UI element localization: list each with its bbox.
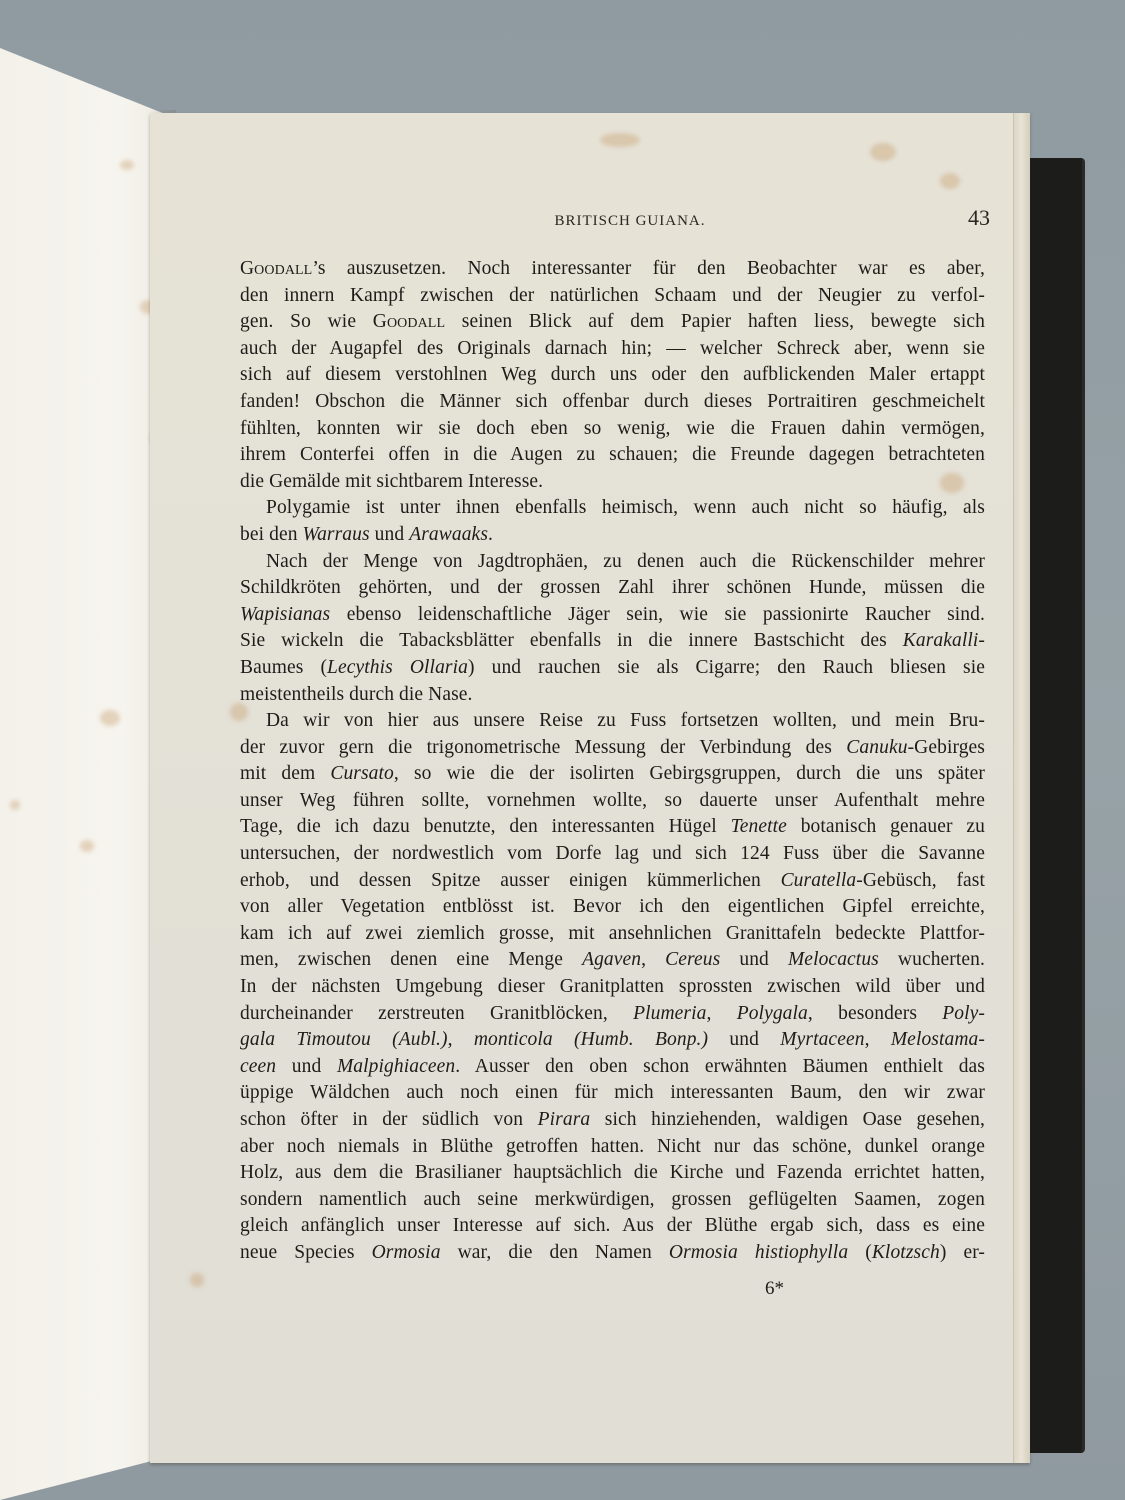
text-line: Baumes (Lecythis Ollaria) und rauchen si…: [240, 655, 985, 682]
text-segment: Da wir von hier aus unsere Reise zu Fuss…: [266, 710, 985, 731]
text-segment: seinen Blick auf dem Papier haften liess…: [445, 311, 985, 332]
text-segment: den innern Kampf zwischen der natürliche…: [240, 285, 985, 306]
text-segment: (: [848, 1242, 872, 1263]
text-line: üppige Wäldchen auch noch einen für mich…: [240, 1080, 985, 1107]
text-line: aber noch niemals in Blüthe getroffen ha…: [240, 1134, 985, 1161]
italic-term: Polygala: [737, 1003, 808, 1024]
italic-term: Tenette: [731, 816, 787, 837]
italic-term: Warraus: [303, 524, 370, 545]
text-segment: ebenso leidenschaftliche Jäger sein, wie…: [330, 604, 985, 625]
text-segment: und: [720, 949, 788, 970]
text-segment: In der nächsten Umgebung dieser Granitpl…: [240, 976, 985, 997]
text-segment: und: [370, 524, 410, 545]
italic-term: Canuku: [846, 737, 907, 758]
text-segment: untersuchen, der nordwestlich vom Dorfe …: [240, 843, 985, 864]
text-segment: und: [708, 1029, 780, 1050]
italic-term: Lecythis Ollaria: [327, 657, 468, 678]
italic-term: gala Timoutou (Aubl.): [240, 1029, 448, 1050]
text-segment: botanisch genauer zu: [787, 816, 985, 837]
text-segment: war, die den Namen: [441, 1242, 669, 1263]
text-segment: schon öfter in der südlich von: [240, 1109, 538, 1130]
text-segment: fanden! Obschon die Männer sich offenbar…: [240, 391, 985, 412]
italic-term: Melocactus: [788, 949, 879, 970]
text-segment: neue Species: [240, 1242, 372, 1263]
text-segment: ,: [448, 1029, 474, 1050]
text-segment: bei den: [240, 524, 303, 545]
text-segment: fühlten, konnten wir sie doch eben so we…: [240, 418, 985, 439]
text-segment: . Ausser den oben schon erwähnten Bäumen…: [455, 1056, 985, 1077]
text-segment: -Gebirges: [908, 737, 985, 758]
text-segment: gen. So wie: [240, 311, 373, 332]
body-text: Goodall’s auszusetzen. Noch interessante…: [240, 256, 985, 1267]
text-segment: Nach der Menge von Jagdtrophäen, zu dene…: [266, 551, 985, 572]
signature-mark: 6*: [765, 1278, 784, 1300]
text-line: bei den Warraus und Arawaaks.: [240, 522, 985, 549]
text-line: unser Weg führen sollte, vornehmen wollt…: [240, 788, 985, 815]
foxing-spot: [940, 173, 960, 189]
italic-term: Ormosia: [372, 1242, 441, 1263]
text-line: Goodall’s auszusetzen. Noch interessante…: [240, 256, 985, 283]
text-segment: erhob, und dessen Spitze ausser einigen …: [240, 870, 781, 891]
text-segment: sich auf diesem verstohlnen Weg durch un…: [240, 364, 985, 385]
text-segment: ,: [865, 1029, 891, 1050]
italic-term: Cereus: [665, 949, 720, 970]
text-segment: ) er-: [940, 1242, 985, 1263]
text-line: ihrem Conterfei offen in die Augen zu sc…: [240, 442, 985, 469]
italic-term: Curatella: [781, 870, 857, 891]
text-line: den innern Kampf zwischen der natürliche…: [240, 283, 985, 310]
text-segment: kam ich auf zwei ziemlich grosse, mit an…: [240, 923, 985, 944]
small-caps-name: Goodall: [240, 258, 312, 279]
text-line: neue Species Ormosia war, die den Namen …: [240, 1240, 985, 1267]
text-line: Nach der Menge von Jagdtrophäen, zu dene…: [240, 549, 985, 576]
text-line: gen. So wie Goodall seinen Blick auf dem…: [240, 309, 985, 336]
text-line: untersuchen, der nordwestlich vom Dorfe …: [240, 841, 985, 868]
text-segment: die Gemälde mit sichtbarem Interesse.: [240, 471, 543, 492]
text-segment: ,: [706, 1003, 736, 1024]
italic-term: ceen: [240, 1056, 276, 1077]
text-segment: üppige Wäldchen auch noch einen für mich…: [240, 1082, 985, 1103]
text-segment: , besonders: [808, 1003, 942, 1024]
text-line: gleich anfänglich unser Interesse auf si…: [240, 1213, 985, 1240]
italic-term: Melostama-: [891, 1029, 985, 1050]
foxing-spot: [100, 710, 120, 726]
text-line: In der nächsten Umgebung dieser Granitpl…: [240, 974, 985, 1001]
text-line: ceen und Malpighiaceen. Ausser den oben …: [240, 1054, 985, 1081]
text-segment: der zuvor gern die trigonometrische Mess…: [240, 737, 846, 758]
text-line: Wapisianas ebenso leidenschaftliche Jäge…: [240, 602, 985, 629]
italic-term: Pirara: [538, 1109, 591, 1130]
foxing-spot: [120, 160, 134, 170]
italic-term: Wapisianas: [240, 604, 330, 625]
text-segment: sondern namentlich auch seine merkwürdig…: [240, 1189, 985, 1210]
text-line: Schildkröten gehörten, und der grossen Z…: [240, 575, 985, 602]
text-line: Da wir von hier aus unsere Reise zu Fuss…: [240, 708, 985, 735]
text-line: Polygamie ist unter ihnen ebenfalls heim…: [240, 495, 985, 522]
text-segment: Tage, die ich dazu benutzte, den interes…: [240, 816, 731, 837]
text-line: Tage, die ich dazu benutzte, den interes…: [240, 814, 985, 841]
text-segment: meistentheils durch die Nase.: [240, 684, 473, 705]
text-segment: und: [276, 1056, 337, 1077]
italic-term: Ormosia histiophylla: [669, 1242, 848, 1263]
italic-term: monticola (Humb. Bonp.): [474, 1029, 708, 1050]
text-line: Holz, aus dem die Brasilianer hauptsächl…: [240, 1160, 985, 1187]
text-segment: .: [488, 524, 493, 545]
italic-term: Agaven: [582, 949, 641, 970]
text-line: kam ich auf zwei ziemlich grosse, mit an…: [240, 921, 985, 948]
text-segment: Holz, aus dem die Brasilianer hauptsächl…: [240, 1162, 985, 1183]
text-segment: ,: [641, 949, 665, 970]
italic-term: Arawaaks: [409, 524, 488, 545]
text-line: fanden! Obschon die Männer sich offenbar…: [240, 389, 985, 416]
text-line: sich auf diesem verstohlnen Weg durch un…: [240, 362, 985, 389]
italic-term: Klotzsch: [872, 1242, 940, 1263]
text-segment: , so wie die der isolirten Gebirgsgruppe…: [394, 763, 985, 784]
page-fore-edge: [1013, 113, 1030, 1463]
book-cover-edge: [1026, 158, 1085, 1453]
page-header: BRITISCH GUIANA. 43: [240, 209, 1020, 239]
text-line: fühlten, konnten wir sie doch eben so we…: [240, 416, 985, 443]
book-page: BRITISCH GUIANA. 43 Goodall’s auszusetze…: [150, 113, 1030, 1463]
text-line: men, zwischen denen eine Menge Agaven, C…: [240, 947, 985, 974]
text-segment: ihrem Conterfei offen in die Augen zu sc…: [240, 444, 985, 465]
text-segment: gleich anfänglich unser Interesse auf si…: [240, 1215, 985, 1236]
text-segment: men, zwischen denen eine Menge: [240, 949, 582, 970]
text-segment: wucherten.: [879, 949, 985, 970]
text-segment: von aller Vegetation entblösst ist. Bevo…: [240, 896, 985, 917]
text-segment: Sie wickeln die Tabacksblätter ebenfalls…: [240, 630, 903, 651]
italic-term: Karakalli-: [903, 630, 985, 651]
foxing-spot: [190, 1273, 204, 1287]
foxing-spot: [10, 800, 20, 810]
text-segment: Polygamie ist unter ihnen ebenfalls heim…: [266, 497, 985, 518]
text-line: von aller Vegetation entblösst ist. Bevo…: [240, 894, 985, 921]
italic-term: Cursato: [330, 763, 394, 784]
text-line: mit dem Cursato, so wie die der isolirte…: [240, 761, 985, 788]
italic-term: Plumeria: [633, 1003, 706, 1024]
text-segment: Schildkröten gehörten, und der grossen Z…: [240, 577, 985, 598]
page-number: 43: [968, 205, 990, 231]
italic-term: Malpighiaceen: [337, 1056, 455, 1077]
running-head: BRITISCH GUIANA.: [240, 213, 1020, 230]
foxing-spot: [870, 143, 896, 161]
text-line: erhob, und dessen Spitze ausser einigen …: [240, 868, 985, 895]
small-caps-name: Goodall: [373, 311, 445, 332]
text-segment: ’s auszusetzen. Noch interessanter für d…: [312, 258, 985, 279]
text-line: durcheinander zerstreuten Granitblöcken,…: [240, 1001, 985, 1028]
italic-term: Myrtaceen: [780, 1029, 864, 1050]
foxing-spot: [600, 133, 640, 147]
foxing-spot: [80, 840, 94, 852]
text-line: gala Timoutou (Aubl.), monticola (Humb. …: [240, 1027, 985, 1054]
text-line: Sie wickeln die Tabacksblätter ebenfalls…: [240, 628, 985, 655]
text-line: schon öfter in der südlich von Pirara si…: [240, 1107, 985, 1134]
italic-term: Poly-: [942, 1003, 985, 1024]
text-segment: durcheinander zerstreuten Granitblöcken,: [240, 1003, 633, 1024]
text-segment: auch der Augapfel des Originals darnach …: [240, 338, 985, 359]
text-segment: -Gebüsch, fast: [856, 870, 985, 891]
text-line: die Gemälde mit sichtbarem Interesse.: [240, 469, 985, 496]
text-line: meistentheils durch die Nase.: [240, 682, 985, 709]
text-line: der zuvor gern die trigonometrische Mess…: [240, 735, 985, 762]
text-segment: sich hinziehenden, waldigen Oase gesehen…: [590, 1109, 985, 1130]
text-line: sondern namentlich auch seine merkwürdig…: [240, 1187, 985, 1214]
text-segment: ) und rauchen sie als Cigarre; den Rauch…: [468, 657, 985, 678]
text-segment: mit dem: [240, 763, 330, 784]
text-segment: aber noch niemals in Blüthe getroffen ha…: [240, 1136, 985, 1157]
text-line: auch der Augapfel des Originals darnach …: [240, 336, 985, 363]
text-segment: unser Weg führen sollte, vornehmen wollt…: [240, 790, 985, 811]
text-segment: Baumes (: [240, 657, 327, 678]
